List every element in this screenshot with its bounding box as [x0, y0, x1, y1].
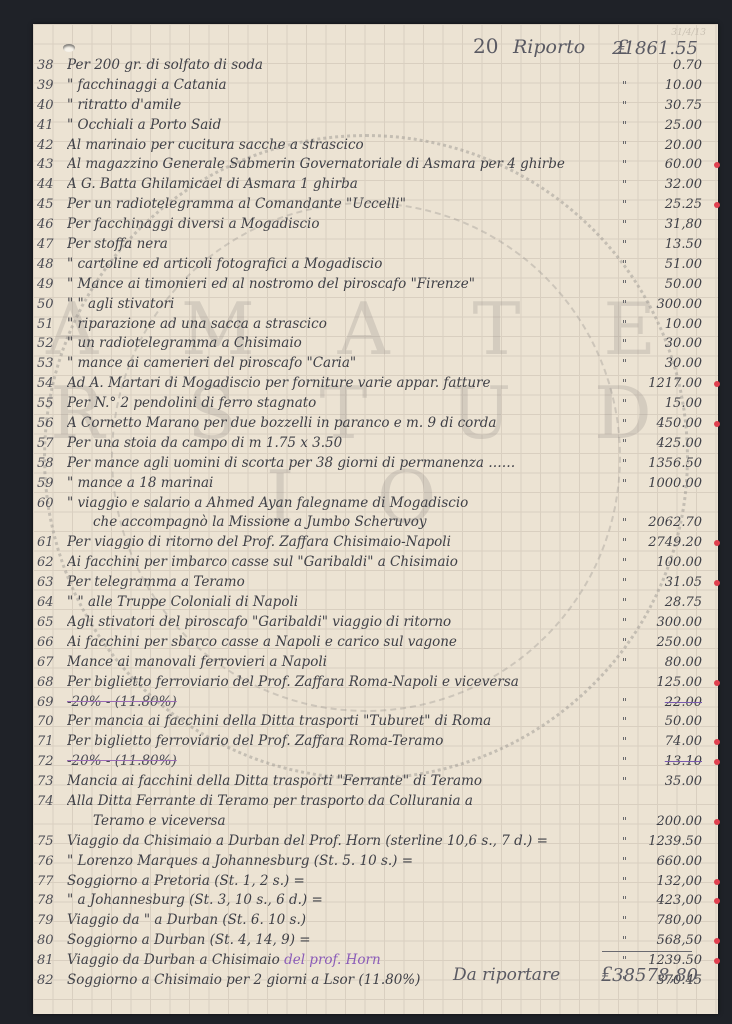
entry-description-text: Per una stoia da campo di m 1.75 x 3.50	[67, 435, 342, 451]
entry-number: 81	[37, 951, 61, 971]
ledger-row: 53" mance ai camerieri del piroscafo "Ca…	[33, 354, 718, 374]
ditto-mark: "	[622, 315, 627, 335]
ditto-mark: "	[622, 513, 627, 533]
entry-description-text: Al marinaio per cucitura sacche a strasc…	[67, 137, 364, 153]
entry-number: 71	[37, 732, 61, 752]
entry-description-text: Mancia ai facchini della Ditta trasporti…	[67, 773, 482, 789]
ledger-row: 67Mance ai manovali ferrovieri a Napoli"…	[33, 653, 718, 673]
entry-number: 65	[37, 613, 61, 633]
entry-number: 47	[37, 235, 61, 255]
entry-number: 45	[37, 195, 61, 215]
entry-number: 39	[37, 76, 61, 96]
ditto-mark: "	[622, 275, 627, 295]
entry-description: Alla Ditta Ferrante di Teramo per traspo…	[67, 792, 627, 812]
entry-description-text: che accompagnò la Missione a Jumbo Scher…	[93, 514, 427, 530]
ditto-mark: "	[622, 295, 627, 315]
entry-amount: 15.00	[665, 394, 702, 414]
entry-amount: 32.00	[665, 175, 702, 195]
ledger-row: 42Al marinaio per cucitura sacche a stra…	[33, 136, 718, 156]
ditto-mark: "	[622, 772, 627, 792]
ledger-row: 44A G. Batta Ghilamicael di Asmara 1 ghi…	[33, 175, 718, 195]
entry-description-text: " mance a 18 marinai	[67, 475, 213, 491]
red-check-mark-icon	[714, 958, 720, 964]
entry-number: 68	[37, 673, 61, 693]
entry-annotation: del prof. Horn	[284, 952, 381, 968]
entry-number: 58	[37, 454, 61, 474]
ledger-row: 40" ritratto d'amile"30.75	[33, 96, 718, 116]
entry-description: " Occhiali a Porto Said	[67, 116, 627, 136]
entry-number: 41	[37, 116, 61, 136]
entry-description: Ai facchini per imbarco casse sul "Garib…	[67, 553, 627, 573]
entry-amount: 25.25	[665, 195, 702, 215]
entry-description: " " agli stivatori	[67, 295, 627, 315]
ledger-row: 50" " agli stivatori"300.00	[33, 295, 718, 315]
entry-description-text: " mance ai camerieri del piroscafo "Cari…	[67, 355, 356, 371]
entry-amount: 780,00	[657, 911, 703, 931]
ditto-mark: "	[622, 732, 627, 752]
entry-description: " mance ai camerieri del piroscafo "Cari…	[67, 354, 627, 374]
entry-number: 74	[37, 792, 61, 812]
entry-amount: 423,00	[657, 891, 703, 911]
ledger-row: 70Per mancia ai facchini della Ditta tra…	[33, 712, 718, 732]
ditto-mark: "	[622, 653, 627, 673]
entry-amount: 568,50	[657, 931, 703, 951]
entry-amount: 450.00	[657, 414, 703, 434]
entry-description: " " alle Truppe Coloniali di Napoli	[67, 593, 627, 613]
entry-description-text: " Occhiali a Porto Said	[67, 117, 221, 133]
red-check-mark-icon	[714, 819, 720, 825]
entry-amount: 0.70	[673, 56, 702, 76]
entry-description: Per viaggio di ritorno del Prof. Zaffara…	[67, 533, 627, 553]
entry-amount: 125.00	[657, 673, 703, 693]
ledger-row: 71Per biglietto ferroviario del Prof. Za…	[33, 732, 718, 752]
entry-description-text: Per un radiotelegramma al Comandante "Uc…	[67, 196, 406, 212]
entry-number: 49	[37, 275, 61, 295]
entry-description: che accompagnò la Missione a Jumbo Scher…	[93, 513, 653, 533]
ditto-mark: "	[622, 414, 627, 434]
entry-amount: 425.00	[657, 434, 703, 454]
entry-description-text: Per stoffa nera	[67, 236, 168, 252]
entry-description: Per stoffa nera	[67, 235, 627, 255]
entry-number: 54	[37, 374, 61, 394]
entry-number: 66	[37, 633, 61, 653]
entry-description: Per biglietto ferroviario del Prof. Zaff…	[67, 732, 627, 752]
entry-description-text: " riparazione ad una sacca a strascico	[67, 316, 327, 332]
entry-description: Per facchinaggi diversi a Mogadiscio	[67, 215, 627, 235]
ledger-row: 79Viaggio da " a Durban (St. 6. 10 s.)"7…	[33, 911, 718, 931]
red-check-mark-icon	[714, 938, 720, 944]
entry-number: 70	[37, 712, 61, 732]
entry-description-text: Alla Ditta Ferrante di Teramo per traspo…	[67, 793, 473, 809]
entry-amount: 30.75	[665, 96, 702, 116]
entry-number: 56	[37, 414, 61, 434]
entry-description: Per una stoia da campo di m 1.75 x 3.50	[67, 434, 627, 454]
entry-description-text: A G. Batta Ghilamicael di Asmara 1 ghirb…	[67, 176, 358, 192]
entry-amount: 13.10	[665, 752, 702, 772]
entry-description-text: " cartoline ed articoli fotografici a Mo…	[67, 256, 382, 272]
entry-description: " facchinaggi a Catania	[67, 76, 627, 96]
ledger-row: 46Per facchinaggi diversi a Mogadiscio"3…	[33, 215, 718, 235]
entry-description: Viaggio da Chisimaio a Durban del Prof. …	[67, 832, 627, 852]
entry-description: " un radiotelegramma a Chisimaio	[67, 334, 627, 354]
page-number: 20	[473, 34, 498, 58]
ledger-row: 78" a Johannesburg (St. 3, 10 s., 6 d.) …	[33, 891, 718, 911]
entry-amount: 31.05	[665, 573, 702, 593]
entry-description-text: -20% - (11.80%)	[67, 694, 177, 710]
entry-amount: 30.00	[665, 354, 702, 374]
entry-amount: 100.00	[657, 553, 703, 573]
entry-amount: 50.00	[665, 712, 702, 732]
ditto-mark: "	[622, 852, 627, 872]
entry-description-text: Per telegramma a Teramo	[67, 574, 245, 590]
ditto-mark: "	[622, 235, 627, 255]
ledger-row: 65Agli stivatori del piroscafo "Garibald…	[33, 613, 718, 633]
entry-number: 42	[37, 136, 61, 156]
entry-description: " viaggio e salario a Ahmed Ayan falegna…	[67, 494, 627, 514]
entry-amount: 31,80	[665, 215, 702, 235]
entry-description-text: " " alle Truppe Coloniali di Napoli	[67, 594, 298, 610]
entry-description: Ad A. Martari di Mogadiscio per fornitur…	[67, 374, 627, 394]
entry-description-text: " " agli stivatori	[67, 296, 174, 312]
entry-description-text: Per viaggio di ritorno del Prof. Zaffara…	[67, 534, 451, 550]
ditto-mark: "	[622, 215, 627, 235]
ledger-row: che accompagnò la Missione a Jumbo Scher…	[33, 513, 718, 533]
entry-description: Soggiorno a Durban (St. 4, 14, 9) =	[67, 931, 627, 951]
entry-description: Mance ai manovali ferrovieri a Napoli	[67, 653, 627, 673]
entry-amount: 51.00	[665, 255, 702, 275]
carry-over-label: Da riportare	[453, 965, 560, 985]
entry-description-text: Agli stivatori del piroscafo "Garibaldi"…	[67, 614, 451, 630]
red-check-mark-icon	[714, 759, 720, 765]
entry-description: Per un radiotelegramma al Comandante "Uc…	[67, 195, 627, 215]
ledger-row: Teramo e viceversa"200.00	[33, 812, 718, 832]
ditto-mark: "	[622, 553, 627, 573]
entry-description: " cartoline ed articoli fotografici a Mo…	[67, 255, 627, 275]
entry-amount: 2062.70	[648, 513, 702, 533]
red-check-mark-icon	[714, 580, 720, 586]
red-check-mark-icon	[714, 879, 720, 885]
entry-amount: 1217.00	[648, 374, 702, 394]
entry-amount: 2749.20	[648, 533, 702, 553]
ditto-mark: "	[622, 633, 627, 653]
entry-number: 44	[37, 175, 61, 195]
ledger-row: 51" riparazione ad una sacca a strascico…	[33, 315, 718, 335]
ditto-mark: "	[622, 394, 627, 414]
entry-description-text: -20% - (11.80%)	[67, 753, 177, 769]
ditto-mark: "	[622, 434, 627, 454]
entry-number: 55	[37, 394, 61, 414]
carried-forward-label: Riporto	[513, 36, 585, 58]
entry-description: Soggiorno a Pretoria (St. 1, 2 s.) =	[67, 872, 627, 892]
entry-number: 60	[37, 494, 61, 514]
entry-number: 57	[37, 434, 61, 454]
ditto-mark: "	[622, 712, 627, 732]
entry-description: Per telegramma a Teramo	[67, 573, 627, 593]
entry-amount: 300.00	[657, 613, 703, 633]
ledger-row: 74Alla Ditta Ferrante di Teramo per tras…	[33, 792, 718, 812]
entry-description-text: Per biglietto ferroviario del Prof. Zaff…	[67, 674, 519, 690]
carry-over-total: 38578,80	[612, 965, 698, 986]
entry-amount: 20.00	[665, 136, 702, 156]
entry-description: Viaggio da " a Durban (St. 6. 10 s.)	[67, 911, 627, 931]
ditto-mark: "	[622, 593, 627, 613]
entry-number: 51	[37, 315, 61, 335]
entry-number: 63	[37, 573, 61, 593]
ledger-row: 63Per telegramma a Teramo"31.05	[33, 573, 718, 593]
entry-description: A G. Batta Ghilamicael di Asmara 1 ghirb…	[67, 175, 627, 195]
entry-description-text: " ritratto d'amile	[67, 97, 181, 113]
ledger-row: 45Per un radiotelegramma al Comandante "…	[33, 195, 718, 215]
red-check-mark-icon	[714, 202, 720, 208]
entry-number: 62	[37, 553, 61, 573]
entry-number: 72	[37, 752, 61, 772]
entry-description-text: Teramo e viceversa	[93, 813, 226, 829]
entry-number: 46	[37, 215, 61, 235]
entry-description-text: " facchinaggi a Catania	[67, 77, 227, 93]
ledger-rows: 38Per 200 gr. di solfato di soda0.7039" …	[33, 56, 718, 991]
ditto-mark: "	[622, 911, 627, 931]
ditto-mark: "	[622, 872, 627, 892]
entry-description: -20% - (11.80%)	[67, 693, 627, 713]
ditto-mark: "	[622, 752, 627, 772]
entry-number: 80	[37, 931, 61, 951]
entry-number: 52	[37, 334, 61, 354]
entry-description: Per biglietto ferroviario del Prof. Zaff…	[67, 673, 627, 693]
entry-description: A Cornetto Marano per due bozzelli in pa…	[67, 414, 627, 434]
ledger-footer: Da riportare ₤ 38578,80	[453, 959, 698, 995]
red-check-mark-icon	[714, 680, 720, 686]
ledger-row: 43Al magazzino Generale Sabmerin Governa…	[33, 155, 718, 175]
ledger-row: 66Ai facchini per sbarco casse a Napoli …	[33, 633, 718, 653]
red-check-mark-icon	[714, 540, 720, 546]
entry-description: Per mance agli uomini di scorta per 38 g…	[67, 454, 627, 474]
ditto-mark: "	[622, 812, 627, 832]
entry-amount: 200.00	[657, 812, 703, 832]
ditto-mark: "	[622, 474, 627, 494]
entry-description: Al marinaio per cucitura sacche a strasc…	[67, 136, 627, 156]
total-rule	[602, 951, 692, 952]
entry-description-text: Ad A. Martari di Mogadiscio per fornitur…	[67, 375, 490, 391]
entry-description: Teramo e viceversa	[93, 812, 653, 832]
entry-description: " a Johannesburg (St. 3, 10 s., 6 d.) =	[67, 891, 627, 911]
entry-description: Per 200 gr. di solfato di soda	[67, 56, 627, 76]
entry-number: 61	[37, 533, 61, 553]
ditto-mark: "	[622, 255, 627, 275]
punch-hole	[63, 44, 75, 52]
ditto-mark: "	[622, 931, 627, 951]
red-check-mark-icon	[714, 421, 720, 427]
entry-description: Per N.° 2 pendolini di ferro stagnato	[67, 394, 627, 414]
entry-amount: 660.00	[657, 852, 703, 872]
entry-description-text: Mance ai manovali ferrovieri a Napoli	[67, 654, 327, 670]
entry-number: 78	[37, 891, 61, 911]
entry-number: 75	[37, 832, 61, 852]
entry-description-text: Per biglietto ferroviario del Prof. Zaff…	[67, 733, 443, 749]
entry-number: 43	[37, 155, 61, 175]
ditto-mark: "	[622, 354, 627, 374]
ledger-row: 72-20% - (11.80%)"13.10	[33, 752, 718, 772]
entry-number: 38	[37, 56, 61, 76]
ledger-row: 69-20% - (11.80%)"22.00	[33, 693, 718, 713]
entry-amount: 1356.50	[648, 454, 702, 474]
entry-description-text: Per facchinaggi diversi a Mogadiscio	[67, 216, 319, 232]
ditto-mark: "	[622, 116, 627, 136]
entry-amount: 10.00	[665, 315, 702, 335]
ditto-mark: "	[622, 573, 627, 593]
entry-amount: 13.50	[665, 235, 702, 255]
ledger-row: 61Per viaggio di ritorno del Prof. Zaffa…	[33, 533, 718, 553]
entry-number: 67	[37, 653, 61, 673]
entry-description: Mancia ai facchini della Ditta trasporti…	[67, 772, 627, 792]
ledger-row: 49" Mance ai timonieri ed al nostromo de…	[33, 275, 718, 295]
entry-number: 50	[37, 295, 61, 315]
ditto-mark: "	[622, 454, 627, 474]
ditto-mark: "	[622, 175, 627, 195]
ledger-row: 68Per biglietto ferroviario del Prof. Za…	[33, 673, 718, 693]
entry-description: " mance a 18 marinai	[67, 474, 627, 494]
entry-description: Per mancia ai facchini della Ditta trasp…	[67, 712, 627, 732]
entry-description-text: Viaggio da Durban a Chisimaio	[67, 952, 280, 968]
ditto-mark: "	[622, 76, 627, 96]
entry-number: 59	[37, 474, 61, 494]
entry-description-text: Ai facchini per imbarco casse sul "Garib…	[67, 554, 458, 570]
ledger-row: 62Ai facchini per imbarco casse sul "Gar…	[33, 553, 718, 573]
red-check-mark-icon	[714, 739, 720, 745]
ledger-row: 41" Occhiali a Porto Said"25.00	[33, 116, 718, 136]
ledger-row: 39" facchinaggi a Catania"10.00	[33, 76, 718, 96]
entry-description-text: Al magazzino Generale Sabmerin Governato…	[67, 156, 565, 172]
red-check-mark-icon	[714, 898, 720, 904]
ledger-row: 80Soggiorno a Durban (St. 4, 14, 9) ="56…	[33, 931, 718, 951]
entry-description-text: " Mance ai timonieri ed al nostromo del …	[67, 276, 475, 292]
ditto-mark: "	[622, 96, 627, 116]
entry-amount: 80.00	[665, 653, 702, 673]
entry-number: 64	[37, 593, 61, 613]
entry-description-text: Soggiorno a Chisimaio per 2 giorni a Lso…	[67, 972, 420, 988]
entry-amount: 132,00	[657, 872, 703, 892]
entry-number: 77	[37, 872, 61, 892]
entry-description: " riparazione ad una sacca a strascico	[67, 315, 627, 335]
lira-symbol-icon: ₤	[601, 961, 612, 987]
entry-number: 40	[37, 96, 61, 116]
entry-amount: 300.00	[657, 295, 703, 315]
ditto-mark: "	[622, 334, 627, 354]
entry-amount: 50.00	[665, 275, 702, 295]
entry-number: 82	[37, 971, 61, 991]
ledger-row: 60" viaggio e salario a Ahmed Ayan faleg…	[33, 494, 718, 514]
ledger-row: 77Soggiorno a Pretoria (St. 1, 2 s.) ="1…	[33, 872, 718, 892]
ledger-row: 76" Lorenzo Marques a Johannesburg (St. …	[33, 852, 718, 872]
entry-amount: 74.00	[665, 732, 702, 752]
entry-amount: 10.00	[665, 76, 702, 96]
entry-amount: 60.00	[665, 155, 702, 175]
entry-number: 79	[37, 911, 61, 931]
ditto-mark: "	[622, 693, 627, 713]
ditto-mark: "	[622, 155, 627, 175]
ledger-row: 52" un radiotelegramma a Chisimaio"30.00	[33, 334, 718, 354]
entry-number: 53	[37, 354, 61, 374]
entry-amount: 35.00	[665, 772, 702, 792]
entry-description-text: Per mance agli uomini di scorta per 38 g…	[67, 455, 515, 471]
entry-description-text: Per N.° 2 pendolini di ferro stagnato	[67, 395, 316, 411]
entry-amount: 1000.00	[648, 474, 702, 494]
ledger-row: 47Per stoffa nera"13.50	[33, 235, 718, 255]
ledger-row: 56A Cornetto Marano per due bozzelli in …	[33, 414, 718, 434]
entry-description: -20% - (11.80%)	[67, 752, 627, 772]
ledger-sheet: 31/4/13 A M A T E R S T U D I O 20 Ripor…	[33, 24, 718, 1014]
entry-amount: 30.00	[665, 334, 702, 354]
ledger-row: 57Per una stoia da campo di m 1.75 x 3.5…	[33, 434, 718, 454]
entry-description-text: Viaggio da " a Durban (St. 6. 10 s.)	[67, 912, 306, 928]
ledger-row: 38Per 200 gr. di solfato di soda0.70	[33, 56, 718, 76]
entry-description-text: Viaggio da Chisimaio a Durban del Prof. …	[67, 833, 548, 849]
entry-description-text: Ai facchini per sbarco casse a Napoli e …	[67, 634, 457, 650]
ledger-row: 73Mancia ai facchini della Ditta traspor…	[33, 772, 718, 792]
ditto-mark: "	[622, 136, 627, 156]
entry-number: 48	[37, 255, 61, 275]
ditto-mark: "	[622, 374, 627, 394]
entry-description-text: Soggiorno a Pretoria (St. 1, 2 s.) =	[67, 873, 305, 889]
ditto-mark: "	[622, 832, 627, 852]
entry-number: 76	[37, 852, 61, 872]
ditto-mark: "	[622, 195, 627, 215]
ledger-row: 54Ad A. Martari di Mogadiscio per fornit…	[33, 374, 718, 394]
entry-description-text: Per 200 gr. di solfato di soda	[67, 57, 263, 73]
ledger-row: 75Viaggio da Chisimaio a Durban del Prof…	[33, 832, 718, 852]
entry-description: Al magazzino Generale Sabmerin Governato…	[67, 155, 627, 175]
red-check-mark-icon	[714, 162, 720, 168]
entry-description: Agli stivatori del piroscafo "Garibaldi"…	[67, 613, 627, 633]
entry-description-text: " viaggio e salario a Ahmed Ayan falegna…	[67, 495, 468, 511]
ditto-mark: "	[622, 891, 627, 911]
entry-description-text: " Lorenzo Marques a Johannesburg (St. 5.…	[67, 853, 413, 869]
entry-description-text: Soggiorno a Durban (St. 4, 14, 9) =	[67, 932, 311, 948]
ditto-mark: "	[622, 613, 627, 633]
entry-amount: 22.00	[665, 693, 702, 713]
ledger-row: 64" " alle Truppe Coloniali di Napoli"28…	[33, 593, 718, 613]
entry-amount: 25.00	[665, 116, 702, 136]
entry-description-text: Per mancia ai facchini della Ditta trasp…	[67, 713, 491, 729]
ledger-row: 58Per mance agli uomini di scorta per 38…	[33, 454, 718, 474]
entry-description-text: " un radiotelegramma a Chisimaio	[67, 335, 302, 351]
ledger-row: 48" cartoline ed articoli fotografici a …	[33, 255, 718, 275]
entry-description-text: A Cornetto Marano per due bozzelli in pa…	[67, 415, 496, 431]
entry-description: Ai facchini per sbarco casse a Napoli e …	[67, 633, 627, 653]
ditto-mark: "	[622, 533, 627, 553]
entry-number: 73	[37, 772, 61, 792]
entry-description-text: " a Johannesburg (St. 3, 10 s., 6 d.) =	[67, 892, 323, 908]
entry-description: " Lorenzo Marques a Johannesburg (St. 5.…	[67, 852, 627, 872]
entry-amount: 28.75	[665, 593, 702, 613]
entry-number: 69	[37, 693, 61, 713]
entry-description: " Mance ai timonieri ed al nostromo del …	[67, 275, 627, 295]
ledger-row: 55Per N.° 2 pendolini di ferro stagnato"…	[33, 394, 718, 414]
entry-amount: 1239.50	[648, 832, 702, 852]
red-check-mark-icon	[714, 381, 720, 387]
entry-description: " ritratto d'amile	[67, 96, 627, 116]
entry-amount: 250.00	[657, 633, 703, 653]
ledger-row: 59" mance a 18 marinai"1000.00	[33, 474, 718, 494]
